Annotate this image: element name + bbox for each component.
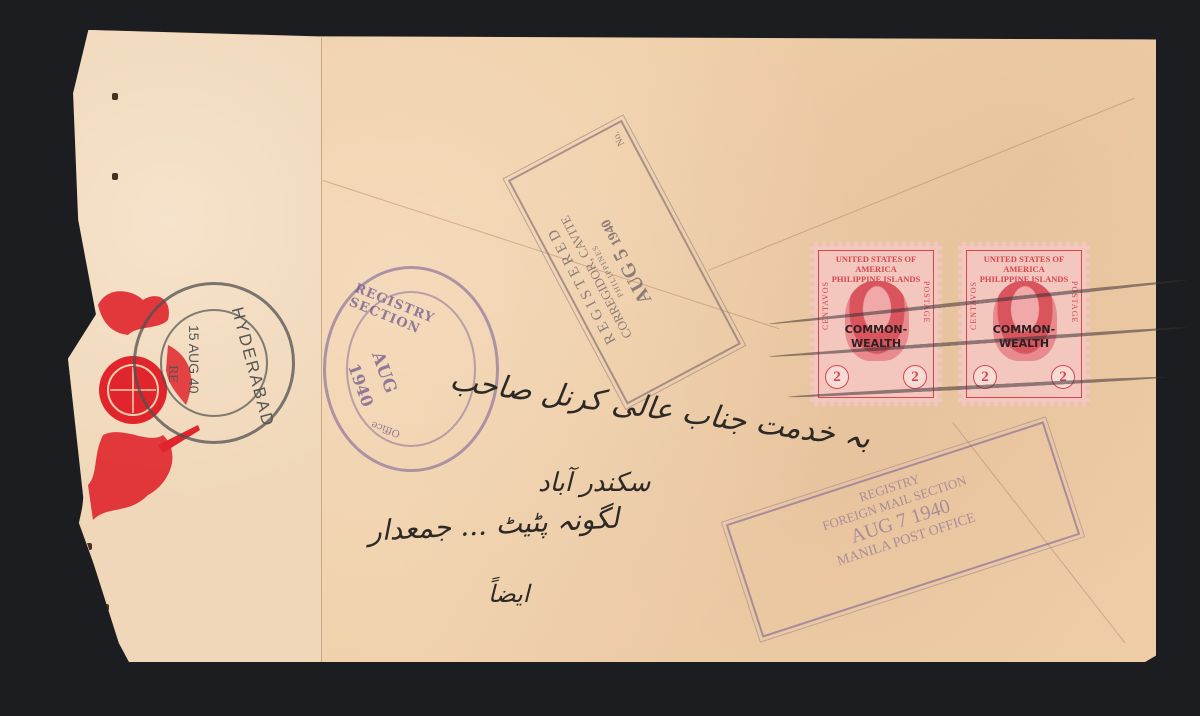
postage-stamp: UNITED STATES OF AMERICA PHILIPPINE ISLA…: [810, 242, 942, 406]
punch-hole: [112, 173, 118, 180]
handwritten-address-line: ایضاً: [488, 580, 529, 608]
hyderabad-postmark: HYDERABAD 15 AUG 40 RE: [133, 282, 295, 444]
punch-hole: [103, 604, 109, 611]
punch-hole: [112, 93, 118, 100]
envelope: HYDERABAD 15 AUG 40 RE REGISTRY SECTION …: [68, 30, 1156, 662]
handwritten-address-line: سکندر آباد: [538, 468, 650, 498]
